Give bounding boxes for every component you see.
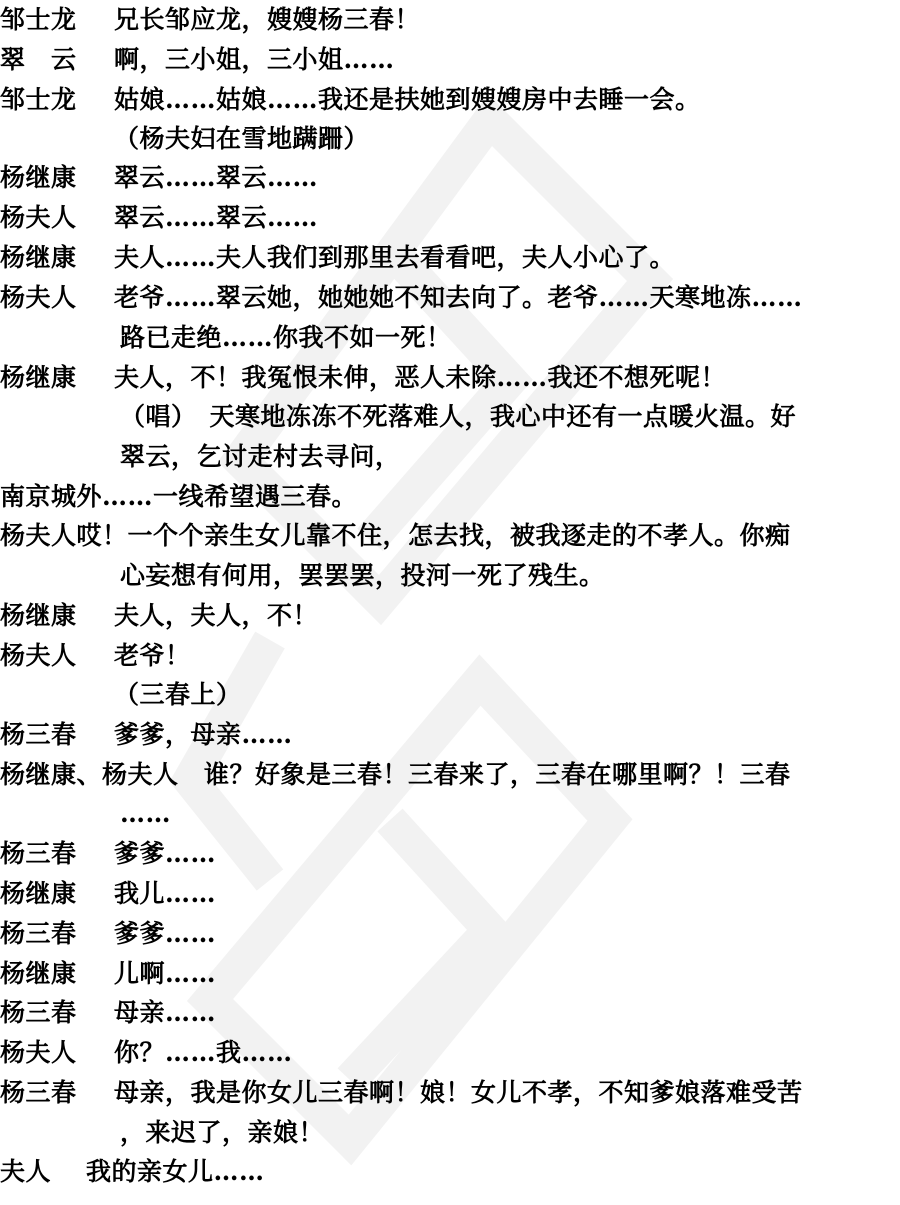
dialogue-continuation: 路已走绝……你我不如一死！ [120,318,452,358]
dialogue-text: 母亲…… [114,998,216,1027]
dialogue-continuation: 心妄想有何用，罢罢罢，投河一死了残生。 [120,556,605,596]
speaker-name: 杨夫人 [0,198,114,238]
speaker-name: 杨三春 [0,715,114,755]
speaker-name: 杨三春 [0,914,114,954]
stage-direction: （杨夫妇在雪地蹒跚） [114,119,369,159]
dialogue-line: 夫人我的亲女儿…… [0,1152,265,1192]
dialogue-text: 母亲，我是你女儿三春啊！娘！女儿不孝，不知爹娘落难受苦 [114,1078,803,1107]
dialogue-line: 杨夫人老爷……翠云她，她她她不知去向了。老爷……天寒地冻…… [0,278,803,318]
dialogue-line: 邹士龙姑娘……姑娘……我还是扶她到嫂嫂房中去睡一会。 [0,80,701,120]
dialogue-text: 儿啊…… [114,959,216,988]
dialogue-line: 杨夫人翠云……翠云…… [0,198,318,238]
dialogue-text: 翠云……翠云…… [114,203,318,232]
dialogue-text: 夫人……夫人我们到那里去看看吧，夫人小心了。 [114,243,675,272]
dialogue-line: 翠 云啊，三小姐，三小姐…… [0,40,395,80]
dialogue-text: 啊，三小姐，三小姐…… [114,45,395,74]
dialogue-line: 邹士龙兄长邹应龙，嫂嫂杨三春！ [0,0,420,40]
speaker-name: 邹士龙 [0,80,114,120]
sung-lyrics: （唱） 天寒地冻冻不死落难人，我心中还有一点暖火温。好 [120,397,796,437]
speaker-name: 杨夫人 [0,1033,114,1073]
dialogue-line: 杨继康夫人，夫人，不！ [0,596,318,636]
dialogue-line: 杨夫人你？……我…… [0,1033,293,1073]
speaker-name: 杨三春 [0,1073,114,1113]
dialogue-line: 杨继康我儿…… [0,874,216,914]
dialogue-line: 杨继康、杨夫人 谁？好象是三春！三春来了，三春在哪里啊？！三春 [0,755,791,795]
speaker-name: 杨夫人 [0,278,114,318]
dialogue-line: 杨继康夫人……夫人我们到那里去看看吧，夫人小心了。 [0,238,675,278]
dialogue-text: 兄长邹应龙，嫂嫂杨三春！ [114,5,420,34]
dialogue-text: 爹爹…… [114,839,216,868]
dialogue-text: 爹爹，母亲…… [114,720,293,749]
dialogue-line: 杨三春爹爹…… [0,834,216,874]
dialogue-line: 杨继康儿啊…… [0,954,216,994]
dialogue-line: 杨三春爹爹…… [0,914,216,954]
stage-direction: （三春上） [114,675,242,715]
speaker-name: 杨继康 [0,596,114,636]
dialogue-text: 姑娘……姑娘……我还是扶她到嫂嫂房中去睡一会。 [114,85,701,114]
dialogue-line: 杨夫人哎！一个个亲生女儿靠不住，怎去找，被我逐走的不孝人。你痴 [0,516,791,556]
dialogue-continuation: ，来迟了，亲娘！ [120,1113,324,1153]
dialogue-text: 翠云……翠云…… [114,163,318,192]
speaker-name: 夫人 [0,1152,86,1192]
speaker-name: 杨继康 [0,358,114,398]
speaker-name: 杨三春 [0,834,114,874]
dialogue-line: 杨三春母亲，我是你女儿三春啊！娘！女儿不孝，不知爹娘落难受苦 [0,1073,803,1113]
dialogue-text: 夫人，不！我冤恨未伸，恶人未除……我还不想死呢！ [114,363,726,392]
dialogue-text: 爹爹…… [114,919,216,948]
sung-lyrics: 南京城外……一线希望遇三春。 [0,477,357,517]
speaker-name: 杨继康 [0,158,114,198]
dialogue-continuation: …… [120,794,171,834]
dialogue-line: 杨夫人老爷！ [0,636,191,676]
dialogue-text: 夫人，夫人，不！ [114,601,318,630]
speaker-name: 翠 云 [0,40,114,80]
speaker-name: 杨继康 [0,238,114,278]
dialogue-line: 杨继康翠云……翠云…… [0,158,318,198]
dialogue-text: 老爷！ [114,641,191,670]
dialogue-text: 我儿…… [114,879,216,908]
speaker-name: 杨夫人 [0,636,114,676]
dialogue-line: 杨三春爹爹，母亲…… [0,715,293,755]
dialogue-text: 我的亲女儿…… [86,1157,265,1186]
speaker-name: 杨三春 [0,993,114,1033]
dialogue-line: 杨三春母亲…… [0,993,216,1033]
speaker-name: 杨继康 [0,954,114,994]
speaker-name: 邹士龙 [0,0,114,40]
dialogue-text: 老爷……翠云她，她她她不知去向了。老爷……天寒地冻…… [114,283,803,312]
sung-lyrics: 翠云，乞讨走村去寻问， [120,437,401,477]
dialogue-line: 杨继康夫人，不！我冤恨未伸，恶人未除……我还不想死呢！ [0,358,726,398]
speaker-name: 杨继康 [0,874,114,914]
dialogue-text: 你？……我…… [114,1038,293,1067]
